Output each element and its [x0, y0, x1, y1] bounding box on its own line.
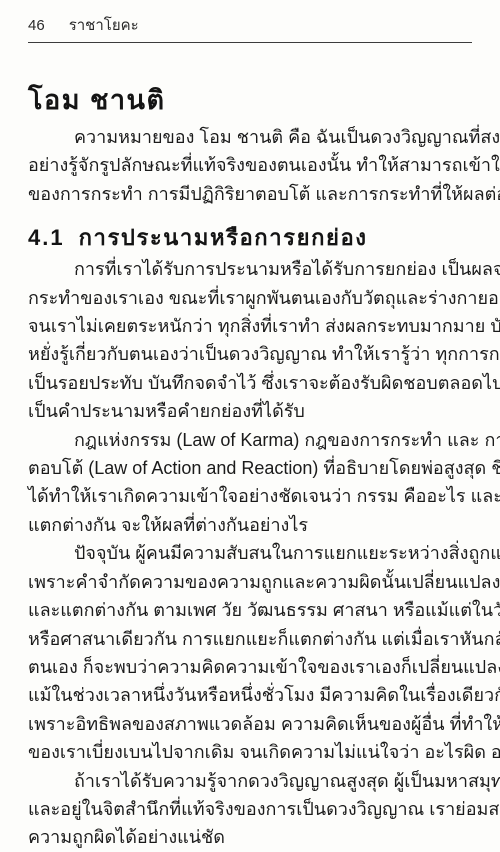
chapter-heading: โอม ชานติ — [28, 85, 472, 115]
paragraph: การที่เราได้รับการประนามหรือได้รับการยกย… — [28, 255, 472, 425]
running-header: 46 ราชาโยคะ — [28, 10, 472, 37]
text-line: ถ้าเราได้รับความรู้จากดวงวิญญาณสูงสุด ผู… — [28, 767, 472, 795]
text-line: เพราะคำจำกัดความของความถูกและความผิดนั้น… — [28, 568, 472, 596]
text-line: หยั่งรู้เกี่ยวกับตนเองว่าเป็นดวงวิญญาณ ท… — [28, 340, 472, 368]
text-line: ได้ทำให้เราเกิดความเข้าใจอย่างชัดเจนว่า … — [28, 482, 472, 510]
text-line: ปัจจุบัน ผู้คนมีความสับสนในการแยกแยะระหว… — [28, 539, 472, 567]
text-line: กฎแห่งกรรม (Law of Karma) กฎของการกระทำ … — [28, 426, 472, 454]
text-line: การที่เราได้รับการประนามหรือได้รับการยกย… — [28, 255, 472, 283]
running-title: ราชาโยคะ — [69, 13, 139, 37]
text-line: ตอบโต้ (Law of Action and Reaction) ที่อ… — [28, 454, 472, 482]
paragraph: กฎแห่งกรรม (Law of Karma) กฎของการกระทำ … — [28, 426, 472, 540]
page-content: ความหมายของ โอม ชานติ คือ ฉันเป็นดวงวิญญ… — [28, 123, 472, 852]
text-line: ตนเอง ก็จะพบว่าความคิดความเข้าใจของเราเอ… — [28, 653, 472, 681]
text-line: เป็นรอยประทับ บันทึกจดจำไว้ ซึ่งเราจะต้อ… — [28, 369, 472, 397]
text-line: และอยู่ในจิตสำนึกที่แท้จริงของการเป็นดวง… — [28, 795, 472, 823]
header-rule — [28, 42, 472, 43]
book-page: 46 ราชาโยคะ โอม ชานติ ความหมายของ โอม ชา… — [0, 0, 500, 852]
text-line: ของเราเบี่ยงเบนไปจากเดิม จนเกิดความไม่แน… — [28, 738, 472, 766]
text-line: กระทำของเราเอง ขณะที่เราผูกพันตนเองกับวั… — [28, 284, 472, 312]
paragraph: ถ้าเราได้รับความรู้จากดวงวิญญาณสูงสุด ผู… — [28, 767, 472, 852]
text-line: แม้ในช่วงเวลาหนึ่งวันหรือหนึ่งชั่วโมง มี… — [28, 681, 472, 709]
text-line: แตกต่างกัน จะให้ผลที่ต่างกันอย่างไร — [28, 511, 472, 539]
text-line: ความถูกผิดได้อย่างแน่ชัด — [28, 823, 472, 851]
text-line: เป็นคำประนามหรือคำยกย่องที่ได้รับ — [28, 397, 472, 425]
section-title: การประนามหรือการยกย่อง — [79, 225, 368, 250]
section-heading: 4.1การประนามหรือการยกย่อง — [28, 224, 472, 251]
text-line: จนเราไม่เคยตระหนักว่า ทุกสิ่งที่เราทำ ส่… — [28, 312, 472, 340]
paragraph: ความหมายของ โอม ชานติ คือ ฉันเป็นดวงวิญญ… — [28, 123, 472, 208]
text-line: อย่างรู้จักรูปลักษณะที่แท้จริงของตนเองนั… — [28, 151, 472, 179]
section-number: 4.1 — [28, 225, 65, 250]
page-number: 46 — [28, 17, 45, 34]
paragraph: ปัจจุบัน ผู้คนมีความสับสนในการแยกแยะระหว… — [28, 539, 472, 766]
text-line: ความหมายของ โอม ชานติ คือ ฉันเป็นดวงวิญญ… — [28, 123, 472, 151]
text-line: และแตกต่างกัน ตามเพศ วัย วัฒนธรรม ศาสนา … — [28, 596, 472, 624]
text-line: หรือศาสนาเดียวกัน การแยกแยะก็แตกต่างกัน … — [28, 625, 472, 653]
text-line: ของการกระทำ การมีปฏิกิริยาตอบโต้ และการก… — [28, 180, 472, 208]
text-line: เพราะอิทธิพลของสภาพแวดล้อม ความคิดเห็นขอ… — [28, 710, 472, 738]
